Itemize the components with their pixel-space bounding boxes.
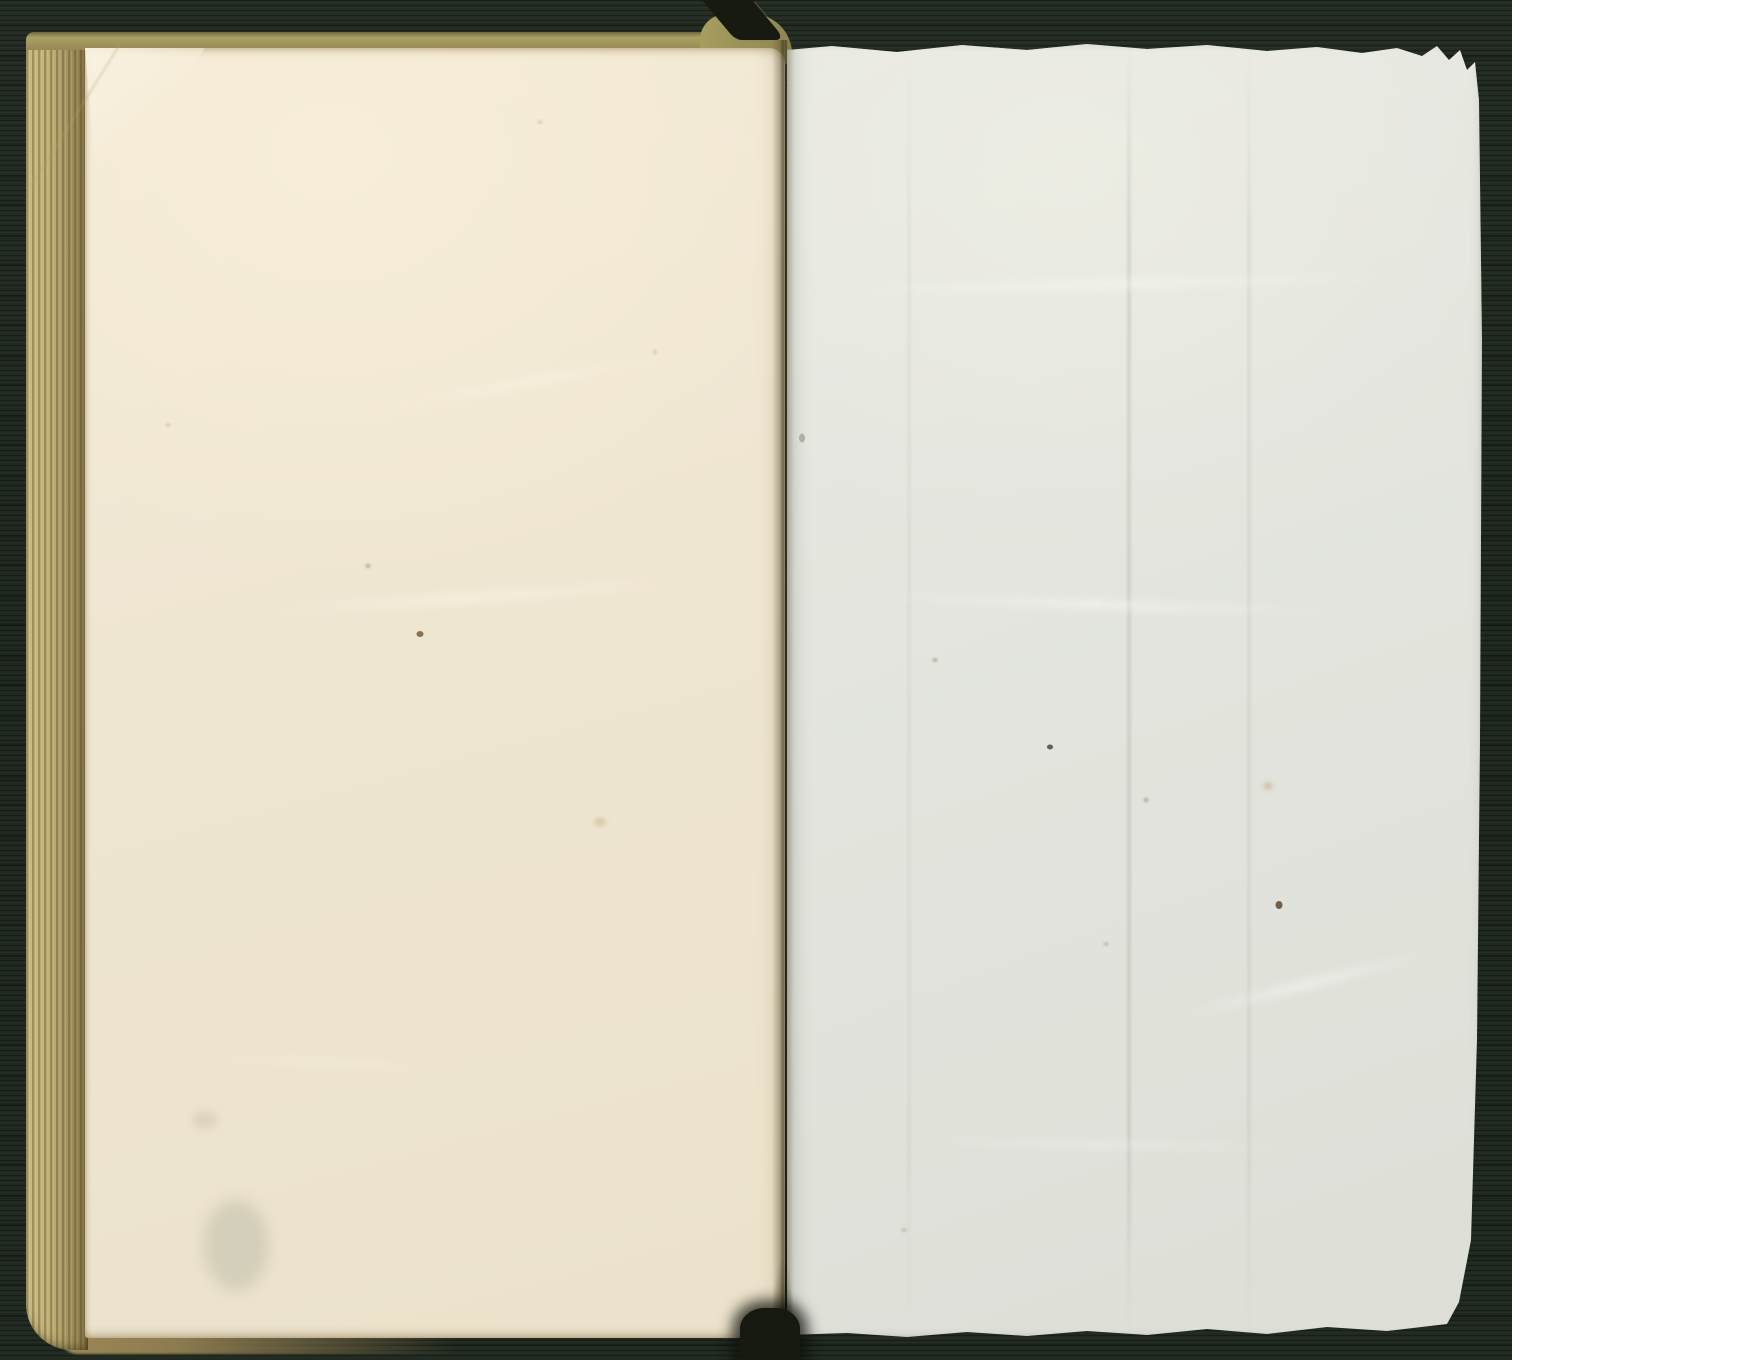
paper-crease-vertical	[1247, 40, 1251, 1340]
scan-canvas	[0, 0, 1760, 1360]
paper-wrinkle	[175, 1050, 475, 1075]
spine-bottom-tab	[740, 1308, 800, 1360]
scan-margin-white	[1512, 0, 1760, 1360]
page-edge-stack-left	[26, 36, 88, 1350]
paper-wrinkle	[265, 578, 685, 616]
paper-wrinkle	[847, 591, 1347, 617]
paper-wrinkle	[807, 272, 1407, 297]
paper-crease-vertical	[1127, 40, 1131, 1340]
paper-wrinkle	[1170, 946, 1444, 1022]
left-page	[85, 48, 785, 1338]
right-page	[787, 40, 1483, 1340]
paper-wrinkle	[337, 345, 713, 420]
paper-wrinkle	[887, 1136, 1307, 1152]
book-photo	[0, 0, 1512, 1360]
paper-crease-vertical	[907, 40, 911, 1340]
